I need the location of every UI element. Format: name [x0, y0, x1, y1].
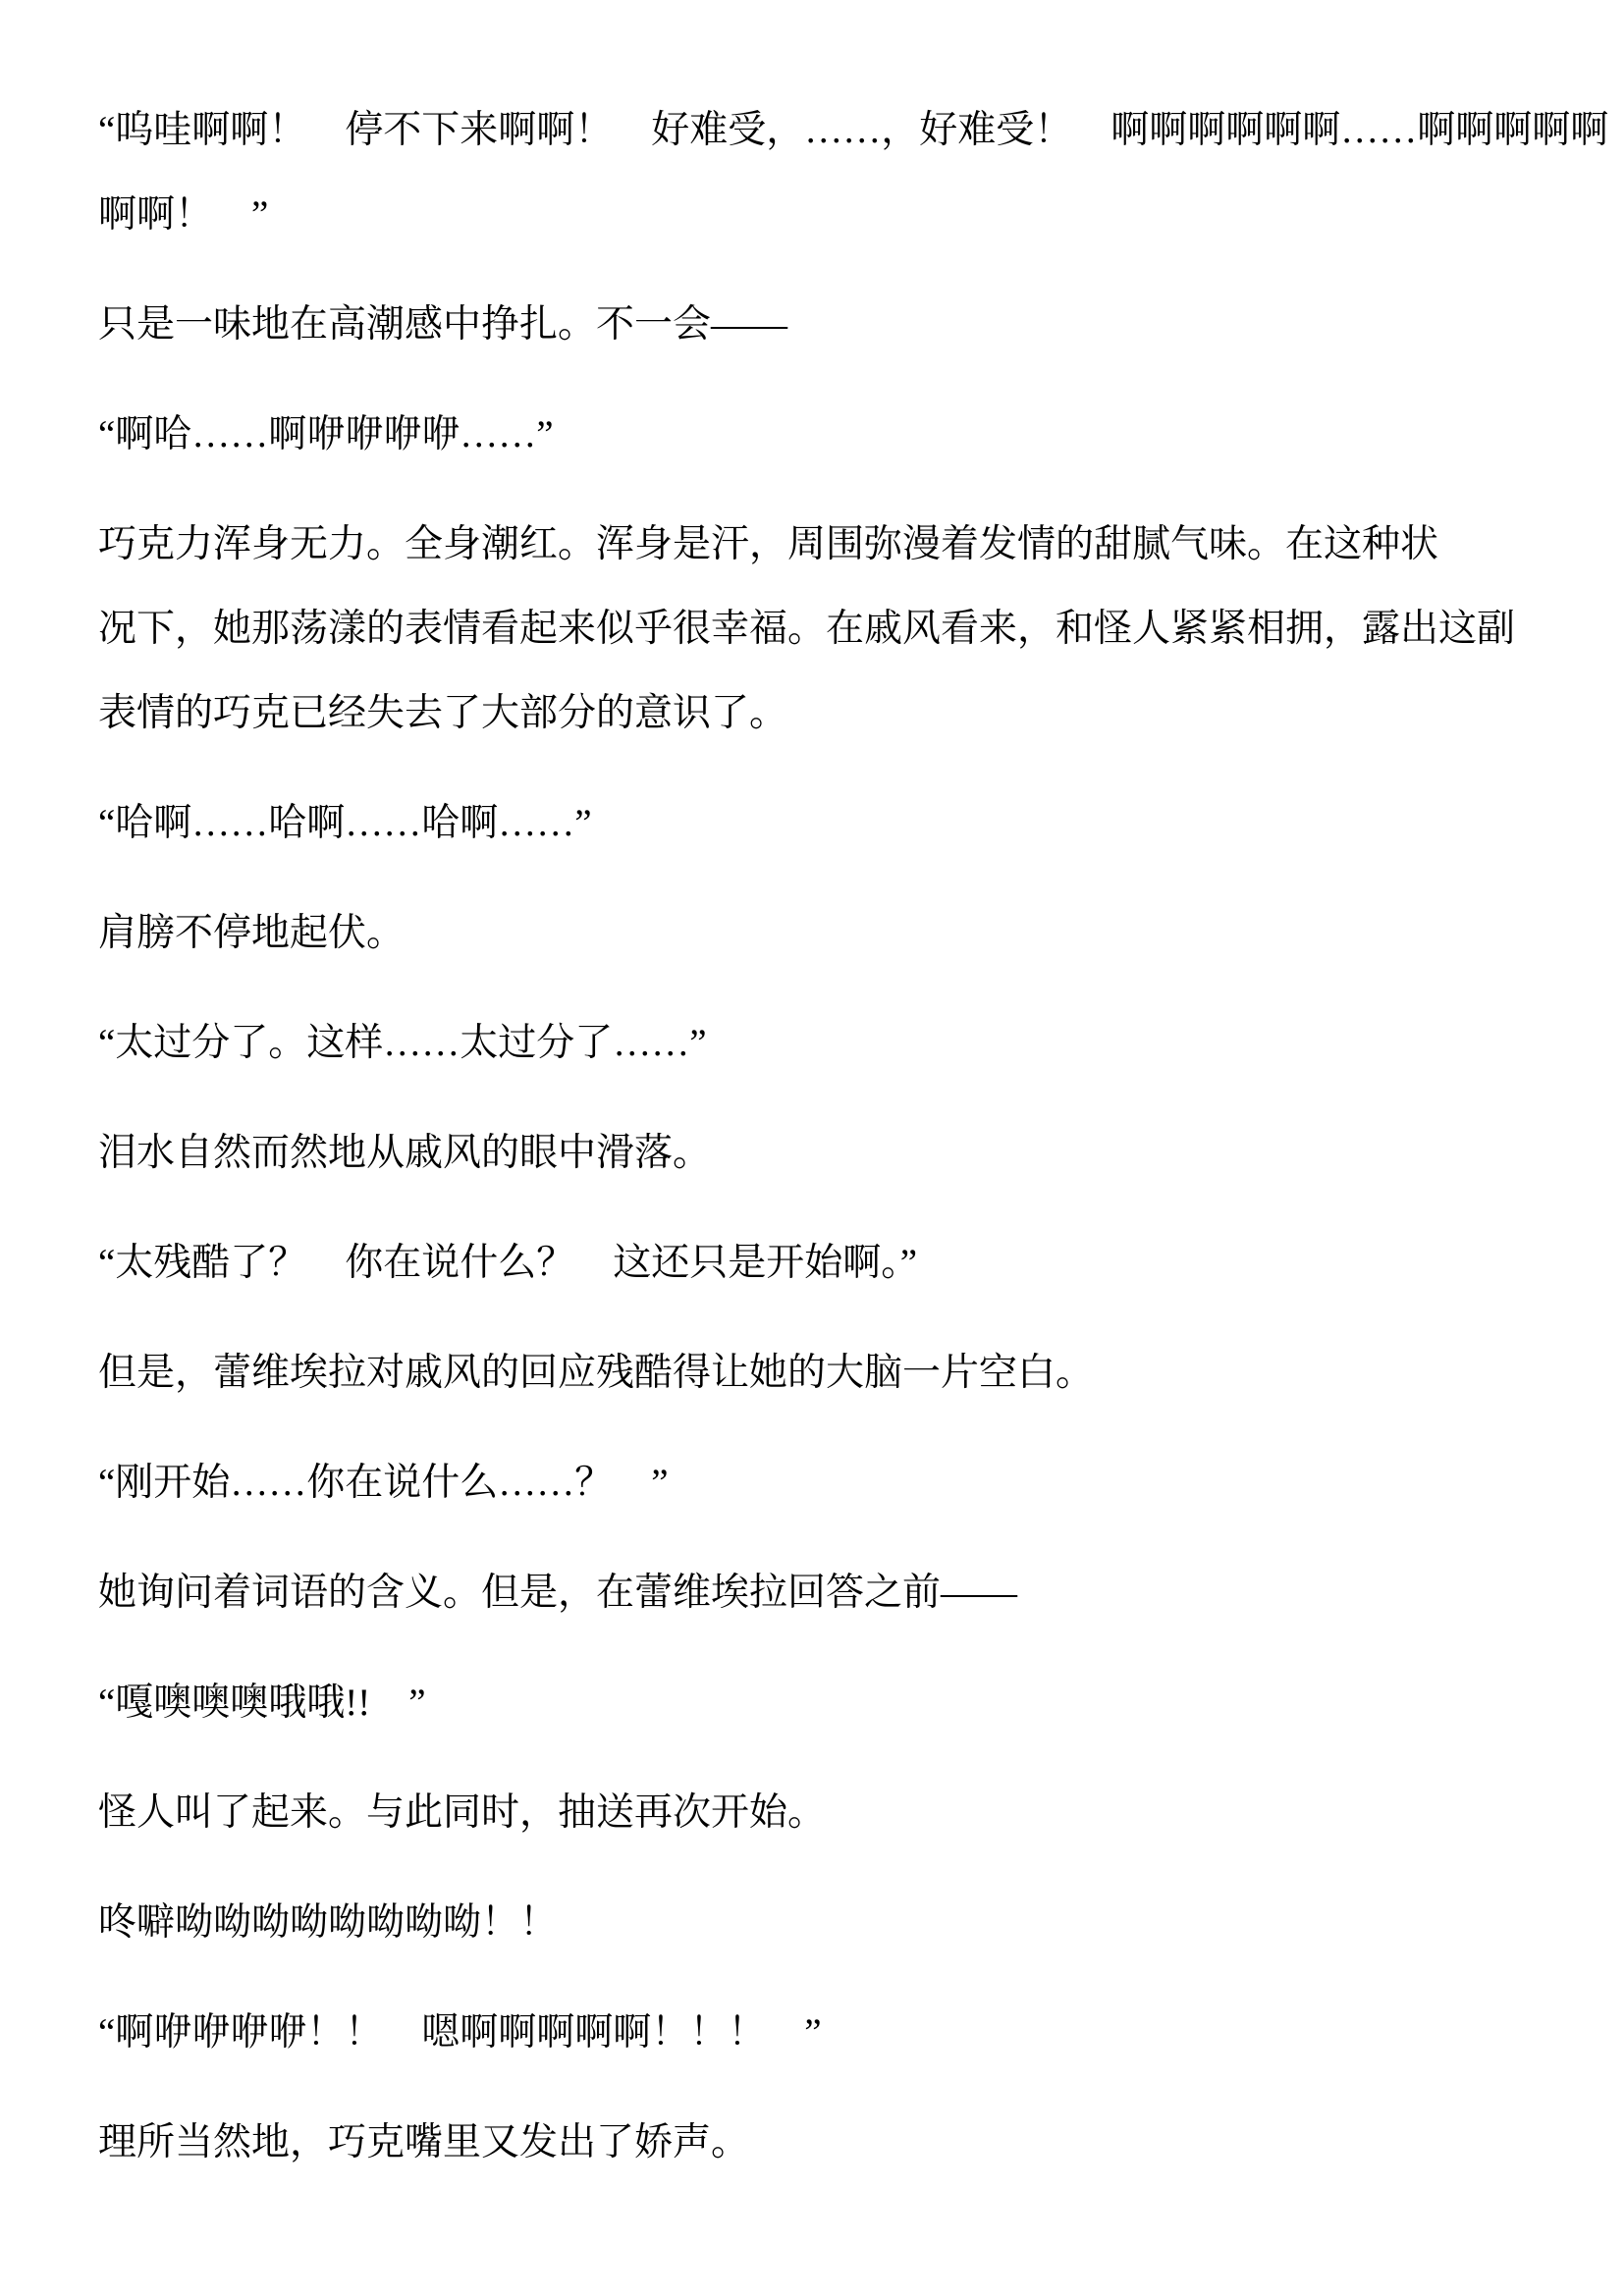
paragraph: 她询问着词语的含义。但是，在蕾维埃拉回答之前——: [98, 1551, 1561, 1635]
text-line: 啊啊！ ”: [98, 193, 268, 236]
paragraph: “啊咿咿咿咿！！ 嗯啊啊啊啊啊！！！ ”: [98, 1991, 1561, 2075]
text-line: “嘎噢噢噢哦哦!! ”: [98, 1682, 426, 1724]
text-line: “啊咿咿咿咿！！ 嗯啊啊啊啊啊！！！ ”: [98, 2011, 822, 2054]
text-line: “太残酷了？ 你在说什么？ 这还只是开始啊。”: [98, 1242, 917, 1284]
text-line: “刚开始……你在说什么……？ ”: [98, 1462, 669, 1504]
text-line: 怪人叫了起来。与此同时，抽送再次开始。: [98, 1791, 826, 1834]
document-page: “呜哇啊啊！ 停不下来啊啊！ 好难受，……，好难受！ 啊啊啊啊啊啊……啊啊啊啊啊…: [0, 0, 1624, 2296]
text-line: 咚噼呦呦呦呦呦呦呦呦！！: [98, 1901, 558, 1944]
paragraph: 泪水自然而然地从戚风的眼中滑落。: [98, 1111, 1561, 1196]
text-line: 她询问着词语的含义。但是，在蕾维埃拉回答之前——: [98, 1572, 1017, 1614]
paragraph: 肩膀不停地起伏。: [98, 891, 1561, 976]
paragraph: “呜哇啊啊！ 停不下来啊啊！ 好难受，……，好难受！ 啊啊啊啊啊啊……啊啊啊啊啊…: [98, 88, 1561, 257]
text-line: 巧克力浑身无力。全身潮红。浑身是汗，周围弥漫着发情的甜腻气味。在这种状: [98, 523, 1438, 565]
text-line: 只是一味地在高潮感中挣扎。不一会——: [98, 303, 787, 346]
paragraph: 理所当然地，巧克嘴里又发出了娇声。: [98, 2101, 1561, 2185]
paragraph: “哈啊……哈啊……哈啊……”: [98, 781, 1561, 866]
paragraph: 咚噼呦呦呦呦呦呦呦呦！！: [98, 1881, 1561, 1965]
paragraph: “啊哈……啊咿咿咿咿……”: [98, 393, 1561, 477]
paragraph: 但是，蕾维埃拉对戚风的回应残酷得让她的大脑一片空白。: [98, 1331, 1561, 1415]
paragraph: 怪人叫了起来。与此同时，抽送再次开始。: [98, 1771, 1561, 1855]
paragraph: “嘎噢噢噢哦哦!! ”: [98, 1661, 1561, 1745]
text-line: “太过分了。这样……太过分了……”: [98, 1022, 707, 1064]
text-line: 况下，她那荡漾的表情看起来似乎很幸福。在戚风看来，和怪人紧紧相拥，露出这副: [98, 608, 1515, 650]
text-line: “呜哇啊啊！ 停不下来啊啊！ 好难受，……，好难受！ 啊啊啊啊啊啊……啊啊啊啊啊: [98, 109, 1608, 151]
paragraph: “太过分了。这样……太过分了……”: [98, 1001, 1561, 1086]
text-line: 表情的巧克已经失去了大部分的意识了。: [98, 692, 787, 734]
text-line: “哈啊……哈啊……哈啊……”: [98, 802, 592, 844]
paragraph: 巧克力浑身无力。全身潮红。浑身是汗，周围弥漫着发情的甜腻气味。在这种状 况下，她…: [98, 503, 1561, 756]
paragraph: “太残酷了？ 你在说什么？ 这还只是开始啊。”: [98, 1221, 1561, 1306]
text-line: 肩膀不停地起伏。: [98, 912, 405, 954]
text-line: 泪水自然而然地从戚风的眼中滑落。: [98, 1132, 711, 1174]
paragraph: 只是一味地在高潮感中挣扎。不一会——: [98, 283, 1561, 367]
text-line: “啊哈……啊咿咿咿咿……”: [98, 413, 554, 455]
paragraph: “刚开始……你在说什么……？ ”: [98, 1441, 1561, 1525]
text-line: 理所当然地，巧克嘴里又发出了娇声。: [98, 2121, 749, 2163]
text-line: 但是，蕾维埃拉对戚风的回应残酷得让她的大脑一片空白。: [98, 1352, 1094, 1394]
